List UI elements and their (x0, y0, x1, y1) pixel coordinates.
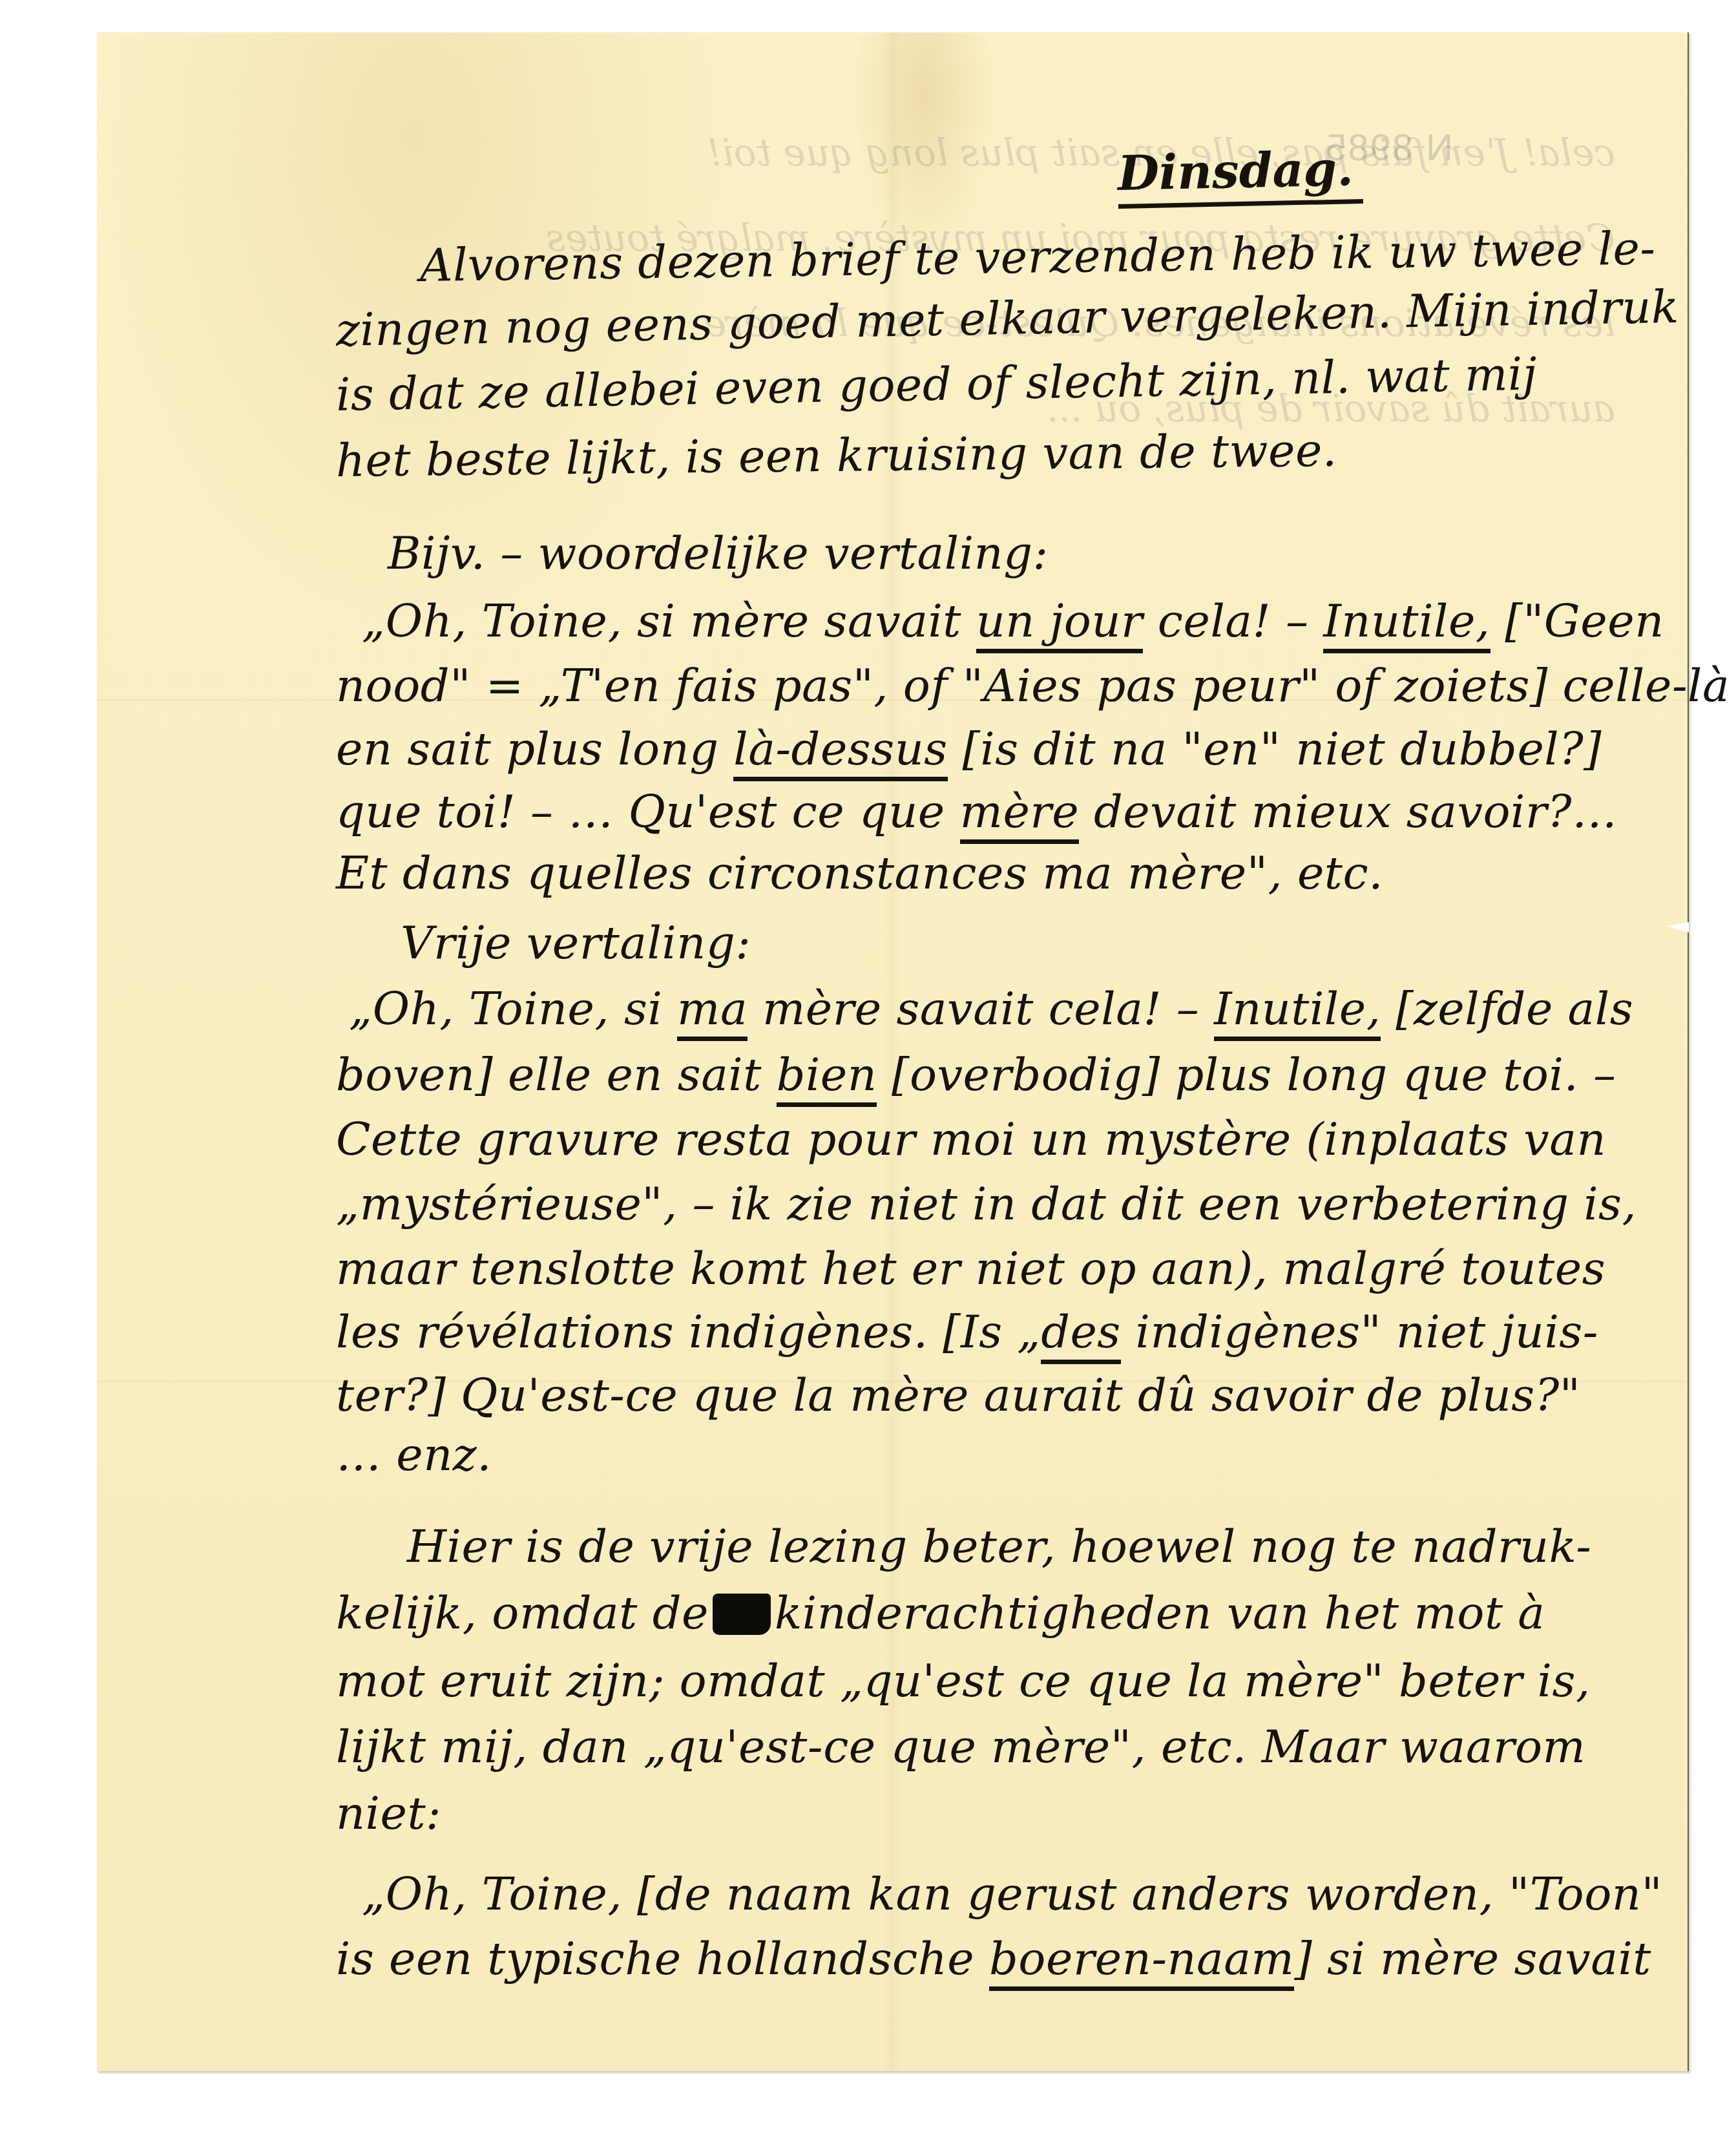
underlined-phrase: boeren-naam (989, 1932, 1294, 1991)
letter-body: Dinsdag. Alvorens dezen brief te verzend… (0, 0, 1736, 2148)
underlined-phrase: un jour (976, 595, 1143, 653)
text-line: „Oh, Toine, si ma mère savait cela! – In… (349, 982, 1633, 1035)
text-line: mot eruit zijn; omdat „qu'est ce que la … (336, 1654, 1591, 1707)
text-line: Cette gravure resta pour moi un mystère … (336, 1113, 1606, 1166)
underlined-phrase: là-dessus (733, 722, 947, 781)
text-line: ter?] Qu'est-ce que la mère aurait dû sa… (336, 1369, 1581, 1422)
text-line: kelijk, omdat dekinderachtigheden van he… (336, 1586, 1545, 1639)
text-line: is een typische hollandsche boeren-naam]… (336, 1932, 1651, 1985)
text-line: Hier is de vrije lezing beter, hoewel no… (407, 1520, 1591, 1573)
text-line: „mystérieuse", – ik zie niet in dat dit … (336, 1177, 1637, 1230)
ink-blot-redaction (713, 1594, 771, 1635)
underlined-phrase: des (1041, 1305, 1121, 1364)
text-line: nood" = „T'en fais pas", of "Aies pas pe… (336, 659, 1730, 712)
text-line: Et dans quelles circonstances ma mère", … (336, 847, 1383, 900)
text-line: zingen nog eens goed met elkaar vergelek… (335, 280, 1679, 357)
text-line: niet: (336, 1787, 441, 1840)
text-line: Alvorens dezen brief te verzenden heb ik… (419, 222, 1656, 292)
text-line: boven] elle en sait bien [overbodig] plu… (336, 1048, 1616, 1101)
text-line: is dat ze allebei even goed of slecht zi… (335, 348, 1537, 421)
text-line: maar tenslotte komt het er niet op aan),… (336, 1242, 1605, 1295)
text-line: … enz. (336, 1428, 492, 1481)
text-line: en sait plus long là-dessus [is dit na "… (336, 722, 1602, 775)
underlined-phrase: bien (777, 1048, 877, 1107)
text-line: lijkt mij, dan „qu'est-ce que mère", etc… (336, 1720, 1585, 1773)
text-line: que toi! – … Qu'est ce que mère devait m… (336, 785, 1617, 838)
underlined-phrase: Inutile, (1323, 595, 1490, 653)
letter-date-heading: Dinsdag. (1117, 141, 1363, 209)
section-label-free-translation: Vrije vertaling: (401, 916, 751, 969)
text-line: „Oh, Toine, si mère savait un jour cela!… (362, 595, 1664, 648)
text-line: het beste lijkt, is een kruising van de … (336, 424, 1337, 487)
underlined-phrase: mère (960, 785, 1080, 844)
underlined-phrase: ma (677, 982, 748, 1041)
text-line: „Oh, Toine, [de naam kan gerust anders w… (362, 1868, 1662, 1921)
section-label-literal-translation: Bijv. – woordelijke vertaling: (388, 527, 1049, 580)
underlined-phrase: Inutile, (1214, 982, 1381, 1041)
text-line: les révélations indigènes. [Is „des indi… (336, 1305, 1598, 1358)
